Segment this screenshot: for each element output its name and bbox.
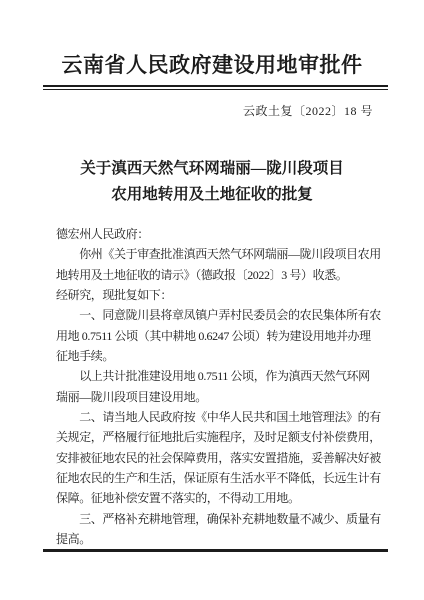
footer-rule <box>43 549 388 552</box>
body-line: 瑞丽—陇川段项目建设用地。 <box>56 387 381 407</box>
document-subject: 关于滇西天然气环网瑞丽—陇川段项目 农用地转用及土地征收的批复 <box>0 156 424 208</box>
body-line: 一、同意陇川县将章凤镇户弄村民委员会的农民集体所有农 <box>56 305 381 325</box>
body-line: 以上共计批准建设用地 0.7511 公顷，作为滇西天然气环网 <box>56 366 381 386</box>
body-line: 地转用及土地征收的请示》（德政报〔2022〕3 号）收悉。 <box>56 265 381 285</box>
document-subject-line2: 农用地转用及土地征收的批复 <box>0 182 424 208</box>
header-double-rule <box>43 85 388 90</box>
body-line: 德宏州人民政府： <box>56 224 381 244</box>
document-number: 云政土复〔2022〕18 号 <box>243 102 373 119</box>
body-line: 经研究，现批复如下： <box>56 285 381 305</box>
body-line: 征地手续。 <box>56 346 381 366</box>
body-line: 关规定，严格履行征地批后实施程序，及时足额支付补偿费用， <box>56 427 381 447</box>
body-line: 征地农民的生产和生活，保证原有生活水平不降低，长远生计有 <box>56 468 381 488</box>
document-body: 德宏州人民政府： 你州《关于审查批准滇西天然气环网瑞丽—陇川段项目农用地转用及土… <box>56 224 381 550</box>
document-header-title: 云南省人民政府建设用地审批件 <box>0 49 424 79</box>
approval-document-page: 云南省人民政府建设用地审批件 云政土复〔2022〕18 号 关于滇西天然气环网瑞… <box>0 0 424 600</box>
body-line: 保障。征地补偿安置不落实的，不得动工用地。 <box>56 488 381 508</box>
body-line: 你州《关于审查批准滇西天然气环网瑞丽—陇川段项目农用 <box>56 244 381 264</box>
body-line: 二、请当地人民政府按《中华人民共和国土地管理法》的有 <box>56 407 381 427</box>
body-line: 安排被征地农民的社会保障费用，落实安置措施，妥善解决好被 <box>56 448 381 468</box>
body-line: 用地 0.7511 公顷（其中耕地 0.6247 公顷）转为建设用地并办理 <box>56 326 381 346</box>
body-line: 三、严格补充耕地管理，确保补充耕地数量不减少、质量有 <box>56 509 381 529</box>
body-line: 提高。 <box>56 529 381 549</box>
document-subject-line1: 关于滇西天然气环网瑞丽—陇川段项目 <box>0 156 424 182</box>
